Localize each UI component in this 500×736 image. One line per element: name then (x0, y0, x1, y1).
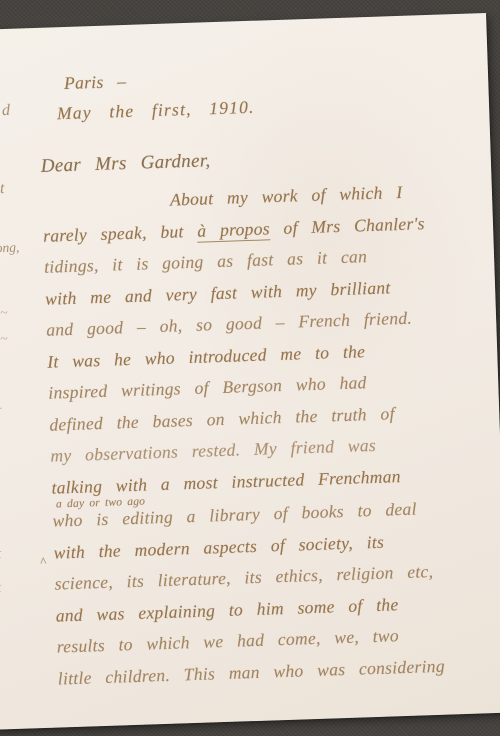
margin-fragment: ~ (0, 332, 8, 348)
margin-fragment: d (2, 102, 11, 120)
letter-paper: Paris – May the first, 1910. Dear Mrs Ga… (0, 13, 500, 731)
margin-fragment: t (0, 180, 5, 198)
insertion-caret: ^ (40, 553, 46, 569)
margin-fragment: ~ (0, 306, 8, 322)
apropos-pre: rarely speak, but (43, 221, 184, 246)
underlined-phrase: à propos (197, 218, 270, 242)
photo-backdrop: Paris – May the first, 1910. Dear Mrs Ga… (0, 0, 500, 736)
apropos-post: of Mrs Chanler's (283, 213, 425, 238)
margin-fragment: rong, (0, 240, 20, 257)
letter-content: Paris – May the first, 1910. Dear Mrs Ga… (38, 59, 500, 699)
